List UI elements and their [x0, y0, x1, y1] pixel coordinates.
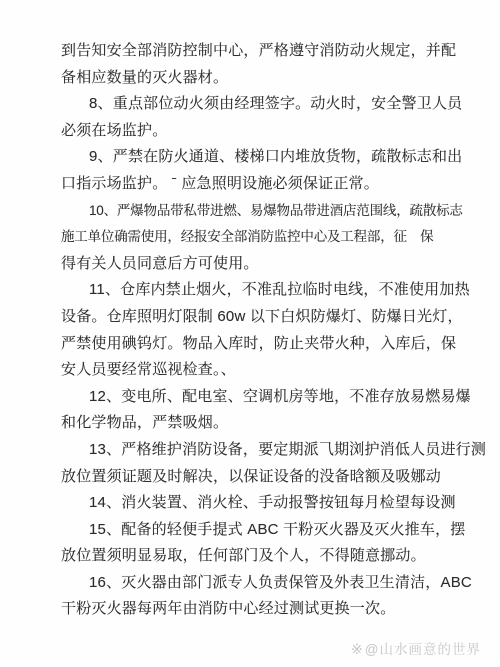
watermark-text: @山水画意的世界 [365, 642, 481, 657]
text-line: 9、严禁在防火通道、楼梯口内堆放货物，疏散标志和出 [61, 144, 472, 171]
text-line: 和化学物品，严禁吸烟。 [61, 410, 472, 437]
text-line: 必须在场监护。 [61, 118, 472, 145]
text-line: 11、仓库内禁止烟火，不准乱拉临时电线，不准使用加热 [61, 277, 472, 304]
text-line: 安人员要经常巡视检查。、 [61, 357, 472, 384]
text-line: 放位置须明显易取，任何部门及个人，不得随意挪动。 [61, 543, 472, 570]
text-line: 10、严爆物品带私带进燃、易爆物品带进酒店范围线，疏散标志 [61, 198, 472, 225]
text-line: 施工单位确需使用，经报安全部消防监控中心及工程部，征 保 [61, 224, 472, 251]
text-line: 口指示场监护。 ˉ 应急照明设施必须保证正常。 [61, 171, 472, 198]
text-line: 放位置须证题及时解决，以保证设备的没备晗额及吸娜动 [61, 464, 472, 491]
text-line: 备相应数量的灭火器材。 [61, 65, 472, 92]
text-line: 到告知安全部消防控制中心，严格遵守消防动火规定，并配 [61, 38, 472, 65]
text-line: 8、重点部位动火须由经理签字。动火时，安全警卫人员 [61, 91, 472, 118]
watermark: ※@山水画意的世界 [351, 638, 481, 658]
document-page: 到告知安全部消防控制中心，严格遵守消防动火规定，并配备相应数量的灭火器材。8、重… [0, 0, 500, 667]
watermark-logo-icon: ※ [351, 641, 364, 657]
text-line: 15、配备的轻便手提式 ABC 干粉灭火器及灭火推车，摆 [61, 517, 472, 544]
text-line: 12、变电所、配电室、空调机房等地，不准存放易燃易爆 [61, 384, 472, 411]
text-line: 16、灭火器由部门派专人负责保管及外表卫生清洁，ABC [61, 570, 472, 597]
text-line: 得有关人员同意后方可使用。 [61, 251, 472, 278]
text-line: 14、消火装置、消火栓、手动报警按钮每月检望每设测 [61, 490, 472, 517]
text-line: 严禁使用碘钨灯。物品入库时，防止夹带火种，入库后，保 [61, 331, 472, 358]
text-line: 干粉灭火器每两年由消防中心经过测试更换一次。 [61, 596, 472, 623]
text-line: 设备。仓库照明灯限制 60w 以下白炽防爆灯、防爆日光灯， [61, 304, 472, 331]
document-text-block: 到告知安全部消防控制中心，严格遵守消防动火规定，并配备相应数量的灭火器材。8、重… [61, 38, 472, 623]
text-line: 13、严格维护消防设备，要定期派⺄期浏护消低人员进行测 [61, 437, 472, 464]
